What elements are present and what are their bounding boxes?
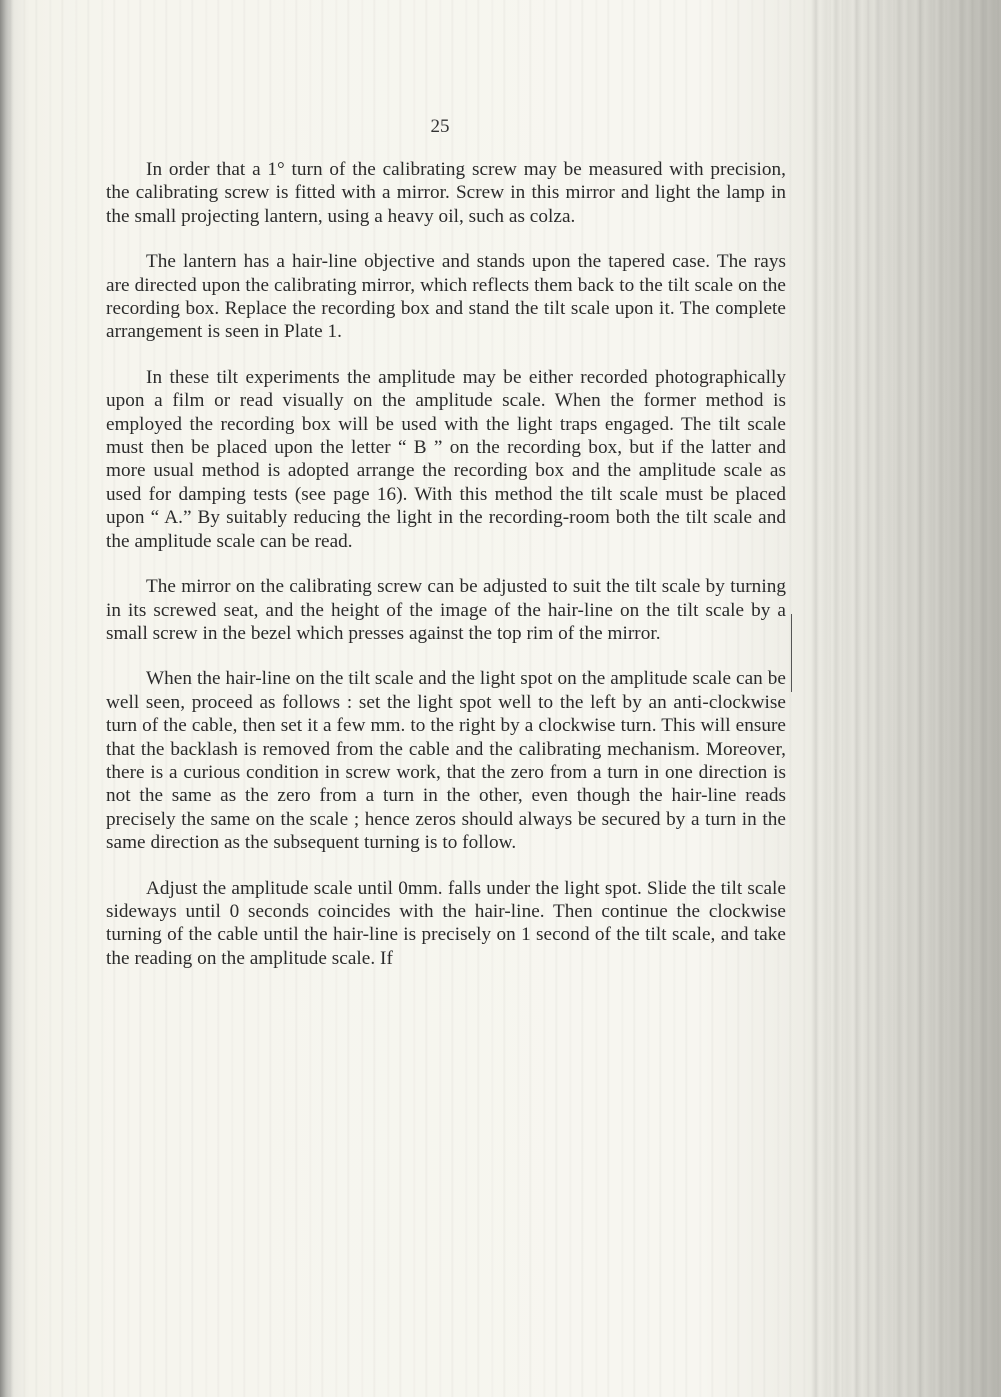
paragraph-lantern: The lantern has a hair-line objective an… — [106, 250, 786, 344]
page-number: 25 — [0, 116, 880, 138]
paragraph-tilt-experiments: In these tilt experiments the amplitude … — [106, 366, 786, 553]
body-text: In order that a 1° turn of the calibrati… — [106, 158, 786, 970]
paragraph-mirror-adjustment: The mirror on the calibrating screw can … — [106, 575, 786, 645]
paragraph-amplitude-reading: Adjust the amplitude scale until 0mm. fa… — [106, 877, 786, 971]
margin-line-mark — [791, 614, 792, 692]
paragraph-calibrating-mirror: In order that a 1° turn of the calibrati… — [106, 158, 786, 228]
paragraph-procedure: When the hair-line on the tilt scale and… — [106, 667, 786, 854]
